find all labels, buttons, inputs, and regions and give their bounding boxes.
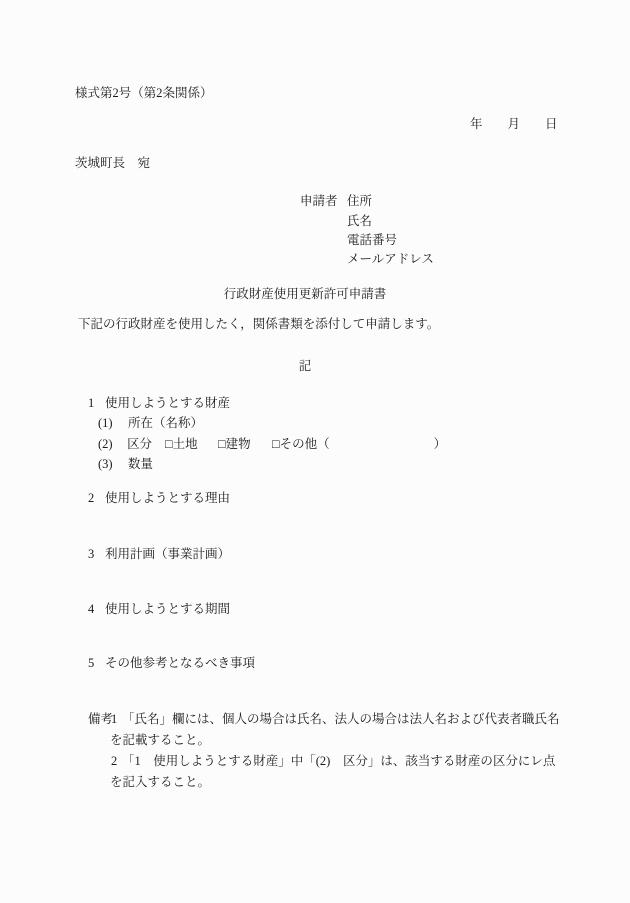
category-label: 区分	[127, 437, 152, 451]
section-2: 2 使用しようとする理由	[0, 491, 630, 506]
remarks-note-1-number: 1	[111, 712, 117, 726]
checkbox-building-label: 建物	[226, 437, 251, 451]
section-3-number: 3	[88, 547, 94, 561]
other-open-paren: （	[317, 437, 330, 451]
section-5-label: その他参考となるべき事項	[105, 656, 255, 670]
remarks-note-2-line-1: 2 「1 使用しようとする財産」中「(2) 区分」は、該当する財産の区分にレ点	[0, 754, 630, 769]
remarks-note-1-line-2: を記載すること。	[110, 733, 210, 747]
section-1-number: 1	[88, 396, 94, 410]
section-5: 5 その他参考となるべき事項	[0, 656, 630, 671]
subsection-1-3-number: (3)	[98, 457, 113, 471]
addressee: 茨城町長 宛	[75, 156, 150, 170]
subsection-1-1-label: 所在（名称）	[128, 416, 203, 430]
section-4: 4 使用しようとする期間	[0, 602, 630, 617]
applicant-field-address: 住所	[347, 194, 372, 208]
subsection-1-1-number: (1)	[98, 416, 113, 430]
form-number: 様式第2号（第2条関係）	[75, 86, 213, 100]
applicant-label: 申請者	[300, 194, 338, 208]
applicant-field-phone: 電話番号	[347, 233, 397, 247]
section-1-label: 使用しようとする財産	[105, 396, 230, 410]
section-3-label: 利用計画（事業計画）	[105, 547, 230, 561]
subsection-1-3-label: 数量	[128, 457, 153, 471]
subsection-1-2: (2) 区分 □土地 □建物 □その他（）	[0, 437, 630, 452]
checkbox-option-building: □建物	[218, 437, 251, 451]
subsection-1-2-number: (2)	[98, 437, 113, 451]
section-2-number: 2	[88, 491, 94, 505]
document-title: 行政財産使用更新許可申請書	[0, 287, 610, 301]
date-line: 年 月 日	[470, 117, 558, 131]
checkbox-option-other: □その他（）	[272, 437, 446, 451]
remarks-label: 備考	[88, 712, 113, 726]
applicant-field-email: メールアドレス	[347, 252, 434, 266]
section-1: 1 使用しようとする財産	[0, 396, 630, 411]
section-4-label: 使用しようとする期間	[105, 602, 230, 616]
section-2-label: 使用しようとする理由	[105, 491, 230, 505]
checkbox-other-label: その他	[280, 437, 318, 451]
remarks-note-2-line-2: を記入すること。	[110, 775, 210, 789]
remarks-note-2-number: 2	[111, 754, 117, 768]
document-page: 様式第2号（第2条関係） 年 月 日 茨城町長 宛 申請者 住所 氏名 電話番号…	[0, 0, 630, 903]
record-marker: 記	[0, 359, 610, 373]
remarks-note-2-text: 「1 使用しようとする財産」中「(2) 区分」は、該当する財産の区分にレ点	[122, 754, 555, 768]
subsection-1-1: (1) 所在（名称）	[0, 416, 630, 431]
checkbox-option-land: □土地	[165, 437, 198, 451]
checkbox-land-label: 土地	[173, 437, 198, 451]
checkbox-other-icon: □	[272, 437, 280, 451]
checkbox-land-icon: □	[165, 437, 173, 451]
section-5-number: 5	[88, 656, 94, 670]
remarks-note-1-text: 「氏名」欄には、個人の場合は氏名、法人の場合は法人名および代表者職氏名	[122, 712, 560, 726]
remarks-note-1-line-1: 備考 1 「氏名」欄には、個人の場合は氏名、法人の場合は法人名および代表者職氏名	[0, 712, 630, 727]
checkbox-building-icon: □	[218, 437, 226, 451]
applicant-field-name: 氏名	[347, 214, 372, 228]
section-4-number: 4	[88, 602, 94, 616]
section-3: 3 利用計画（事業計画）	[0, 547, 630, 562]
intro-sentence: 下記の行政財産を使用したく，関係書類を添付して申請します。	[78, 317, 439, 331]
subsection-1-3: (3) 数量	[0, 457, 630, 472]
other-close-paren: ）	[434, 437, 447, 451]
